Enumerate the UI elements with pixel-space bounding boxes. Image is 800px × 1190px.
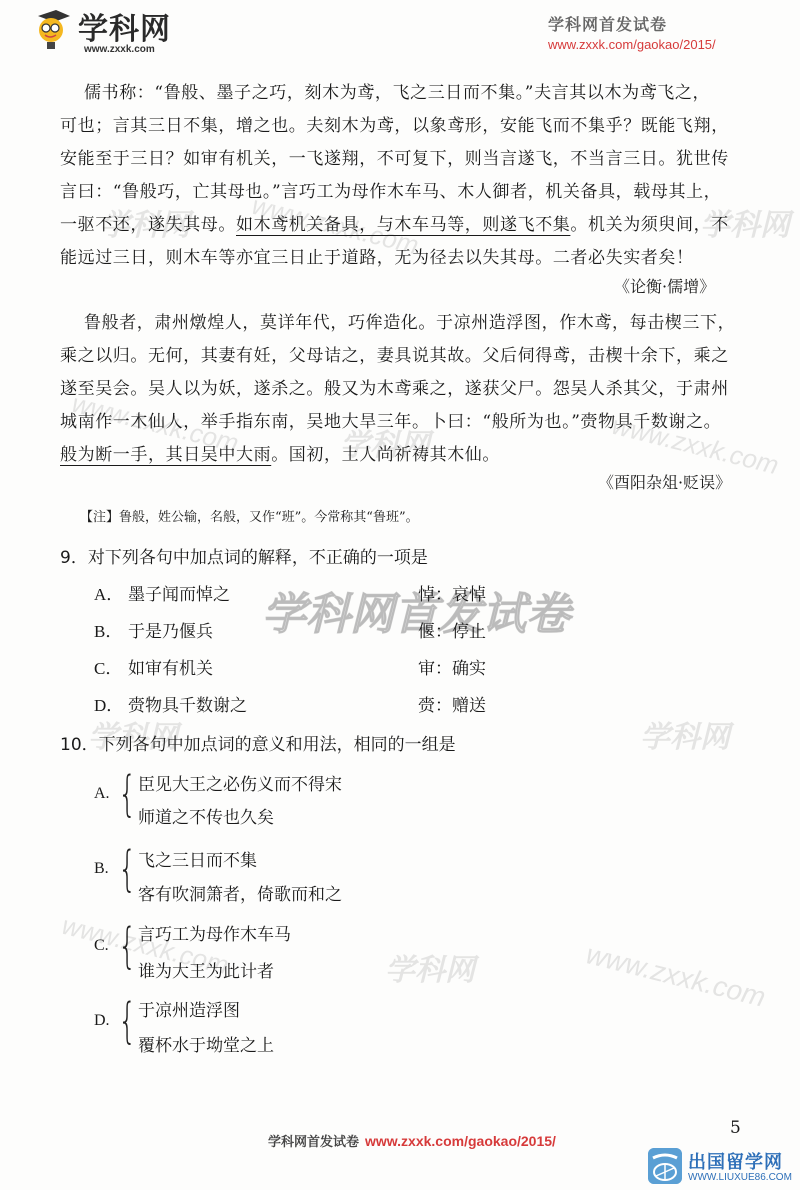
option-label: A. bbox=[94, 785, 110, 803]
option-b-answer: 偃：停止 bbox=[418, 617, 486, 642]
passage-line: 一驱不还，遂失其母。如木鸢机关备具，与木车马等，则遂飞不集。机关为须臾间，不 bbox=[60, 210, 729, 235]
question-9-stem: 9．对下列各句中加点词的解释，不正确的一项是 bbox=[60, 543, 428, 568]
watermark-url: www.zxxk.com bbox=[583, 938, 769, 1013]
footer: 学科网首发试卷www.zxxk.com/gaokao/2015/ bbox=[268, 1131, 556, 1150]
passage-line: 言曰：“鲁般巧，亡其母也。”言巧工为母作木车马、木人御者，机关备具，载母其上， bbox=[60, 177, 721, 202]
passage-line: 鲁般者，肃州燉煌人，莫详年代，巧侔造化。于凉州造浮图，作木鸢，每击楔三下， bbox=[84, 308, 735, 333]
option-c-answer: 审：确实 bbox=[418, 654, 486, 679]
option-c[interactable]: C．如审有机关 bbox=[94, 654, 213, 679]
brace-icon: { bbox=[118, 997, 136, 1045]
option-sentence: 如审有机关 bbox=[128, 659, 213, 679]
header-url-link[interactable]: www.zxxk.com/gaokao/2015/ bbox=[548, 37, 716, 52]
option-sentence-1: 于凉州造浮图 bbox=[138, 996, 240, 1021]
option-sentence-2: 客有吹洞箫者，倚歌而和之 bbox=[138, 880, 342, 905]
passage-line: 遂至吴会。吴人以为妖，遂杀之。般又为木鸢乘之，遂获父尸。怨吴人杀其父，于肃州 bbox=[60, 374, 729, 399]
underlined-sentence: 如木鸢机关备具，与木车马等，则遂飞不集 bbox=[236, 215, 570, 235]
page-number: 5 bbox=[730, 1118, 741, 1138]
badge-url: WWW.LIUXUE86.COM bbox=[688, 1172, 792, 1183]
option-label: C. bbox=[94, 937, 109, 955]
passage-line: 能远过三日，则木车等亦宜三日止于道路，无为径去以失其母。二者必失实者矣！ bbox=[60, 243, 694, 268]
option-sentence: 墨子闻而悼之 bbox=[128, 585, 230, 605]
source-citation: 《酉阳杂俎·贬误》 bbox=[598, 470, 731, 493]
zxxk-logo[interactable]: 学科网 www.zxxk.com bbox=[34, 4, 174, 56]
option-sentence-1: 飞之三日而不集 bbox=[138, 846, 257, 871]
option-sentence-2: 覆杯水于坳堂之上 bbox=[138, 1031, 274, 1056]
watermark-logo: 学科网 bbox=[640, 712, 730, 756]
liuxue86-badge[interactable]: 出国留学网 WWW.LIUXUE86.COM bbox=[648, 1148, 798, 1188]
passage-text: 。国初，土人尚祈祷其木仙。 bbox=[271, 445, 500, 465]
passage-line: 乘之以归。无何，其妻有妊，父母诘之，妻具说其故。父后伺得鸢，击楔十余下，乘之 bbox=[60, 341, 729, 366]
globe-logo-icon bbox=[648, 1148, 682, 1184]
footer-title: 学科网首发试卷 bbox=[268, 1135, 359, 1150]
passage-text: 一驱不还，遂失其母。 bbox=[60, 215, 236, 235]
underlined-sentence: 般为断一手，其日吴中大雨 bbox=[60, 445, 271, 465]
header-title: 学科网首发试卷 bbox=[548, 12, 716, 35]
passage-line: 般为断一手，其日吴中大雨。国初，土人尚祈祷其木仙。 bbox=[60, 440, 500, 465]
header-right: 学科网首发试卷 www.zxxk.com/gaokao/2015/ bbox=[548, 12, 716, 52]
passage-line: 安能至于三日？如审有机关，一飞遂翔，不可复下，则当言遂飞，不当言三日。犹世传 bbox=[60, 144, 729, 169]
option-d-answer: 赍：赠送 bbox=[418, 691, 486, 716]
option-sentence: 于是乃偃兵 bbox=[128, 622, 213, 642]
passage-line: 城南作一木仙人，举手指东南，吴地大旱三年。卜曰：“般所为也。”赍物具千数谢之。 bbox=[60, 407, 721, 432]
watermark-big: 学科网首发试卷 bbox=[262, 578, 570, 642]
passage-line: 可也；言其三日不集，增之也。夫刻木为鸢，以象鸢形，安能飞而不集乎？既能飞翔， bbox=[60, 111, 729, 136]
question-10-stem: 10．下列各句中加点词的意义和用法，相同的一组是 bbox=[60, 730, 456, 755]
brace-icon: { bbox=[118, 922, 136, 970]
mascot-icon bbox=[34, 8, 72, 50]
option-sentence-2: 谁为大王为此计者 bbox=[138, 957, 274, 982]
brace-icon: { bbox=[118, 845, 136, 893]
source-citation: 《论衡·儒增》 bbox=[614, 274, 715, 297]
option-sentence-1: 臣见大王之必伤义而不得宋 bbox=[138, 770, 342, 795]
option-sentence-1: 言巧工为母作木车马 bbox=[138, 920, 291, 945]
logo-text: 学科网 bbox=[78, 4, 171, 48]
option-sentence: 赍物具千数谢之 bbox=[128, 696, 247, 716]
passage-line: 儒书称：“鲁般、墨子之巧，刻木为鸢，飞之三日而不集。”夫言其以木为鸢飞之， bbox=[84, 78, 710, 103]
logo-url: www.zxxk.com bbox=[84, 44, 155, 55]
option-label: B. bbox=[94, 860, 109, 878]
option-sentence-2: 师道之不传也久矣 bbox=[138, 803, 274, 828]
option-a-answer: 悼：哀悼 bbox=[418, 580, 486, 605]
annotation-note: 【注】鲁般，姓公输，名般，又作“班”。今常称其“鲁班”。 bbox=[80, 506, 419, 525]
option-d[interactable]: D．赍物具千数谢之 bbox=[94, 691, 247, 716]
watermark-logo: 学科网 bbox=[385, 945, 475, 989]
passage-text: 。机关为须臾间，不 bbox=[570, 215, 728, 235]
brace-icon: { bbox=[118, 770, 136, 818]
option-label: D. bbox=[94, 1012, 110, 1030]
option-b[interactable]: B．于是乃偃兵 bbox=[94, 617, 213, 642]
footer-url-link[interactable]: www.zxxk.com/gaokao/2015/ bbox=[365, 1133, 556, 1149]
option-a[interactable]: A．墨子闻而悼之 bbox=[94, 580, 230, 605]
badge-title: 出国留学网 bbox=[688, 1148, 783, 1174]
